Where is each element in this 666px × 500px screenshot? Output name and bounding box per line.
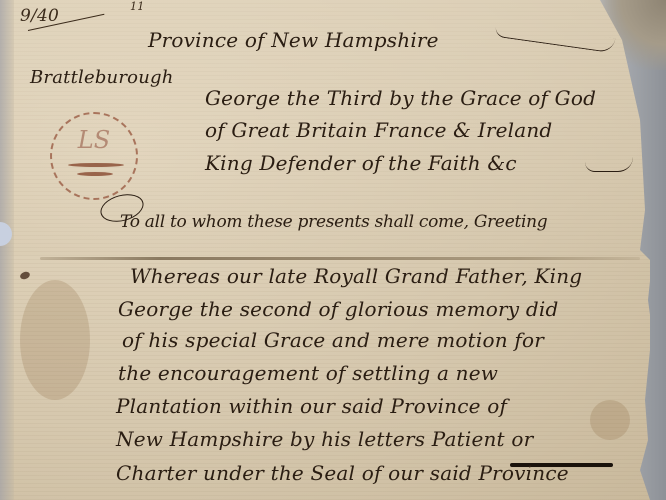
- seal-stroke: [68, 163, 124, 167]
- salutation: To all to whom these presents shall come…: [120, 212, 547, 232]
- docket-mark: 11: [130, 0, 144, 13]
- body-line: Plantation within our said Province of: [116, 394, 507, 418]
- document-heading: Province of New Hampshire: [148, 28, 439, 52]
- ls-seal-icon: LS: [50, 112, 138, 200]
- left-margin-edge: [0, 0, 14, 500]
- ink-blot: [19, 271, 31, 281]
- title-line: King Defender of the Faith &c: [205, 151, 517, 175]
- body-line: the encouragement of settling a new: [118, 361, 498, 385]
- seal-initials: LS: [52, 126, 136, 154]
- body-line: of his special Grace and mere motion for: [122, 328, 544, 352]
- fold-crease: [40, 257, 640, 260]
- body-line: Whereas our late Royall Grand Father, Ki…: [130, 264, 582, 288]
- title-line: of Great Britain France & Ireland: [205, 118, 552, 142]
- body-line: Charter under the Seal of our said Provi…: [116, 461, 569, 485]
- paper-sheet: 9/40 11 Province of New Hampshire Brattl…: [0, 0, 650, 500]
- title-flourish: [585, 157, 633, 172]
- edge-stain: [590, 400, 630, 440]
- body-line: New Hampshire by his letters Patient or: [116, 427, 533, 451]
- document-photo: 9/40 11 Province of New Hampshire Brattl…: [0, 0, 666, 500]
- title-line: George the Third by the Grace of God: [205, 86, 596, 110]
- water-stain: [20, 280, 90, 400]
- town-margin-note: Brattleburough: [30, 67, 174, 88]
- seal-stroke: [77, 172, 113, 176]
- docket-number: 9/40: [20, 6, 59, 26]
- body-line: George the second of glorious memory did: [118, 297, 558, 321]
